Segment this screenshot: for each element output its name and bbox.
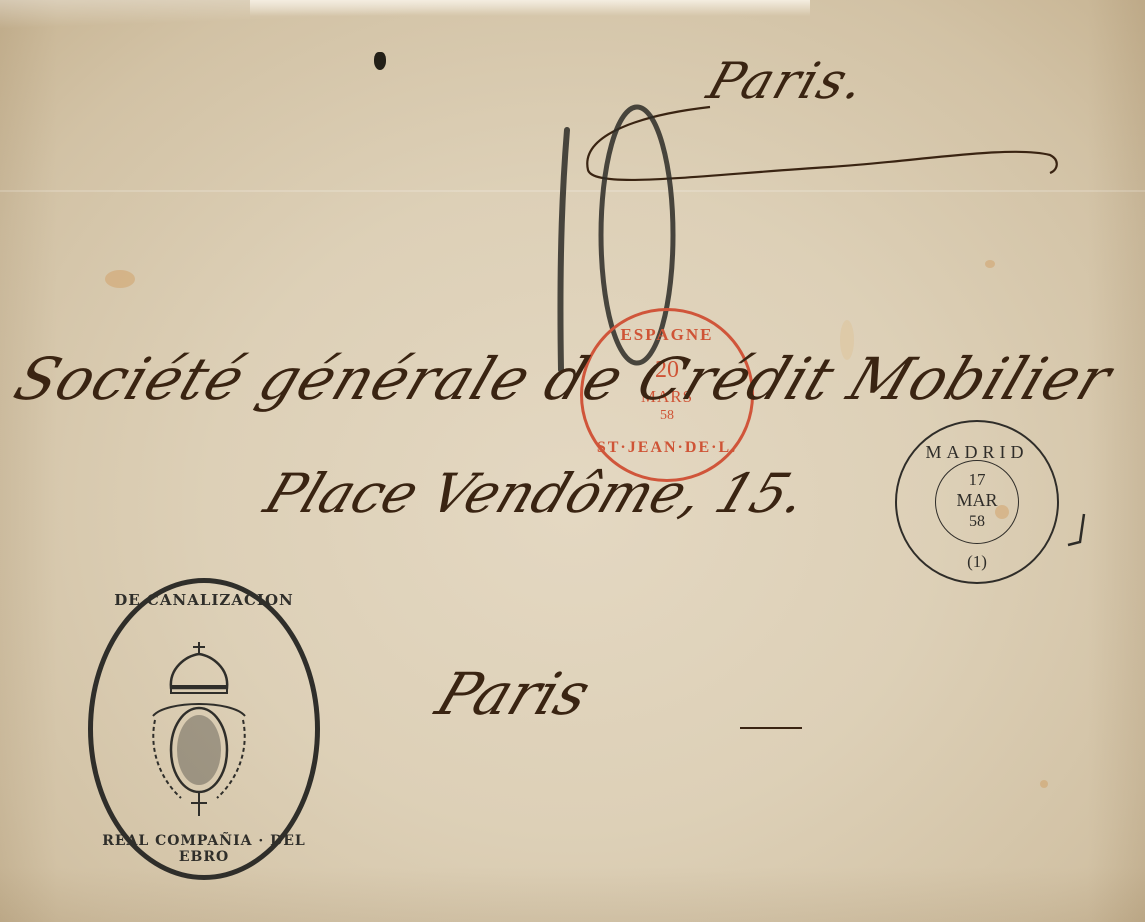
foxing-spot [105,270,135,288]
address-line-3: Paris [428,660,600,728]
postmark-day: 17 [897,470,1057,490]
postmark-ring-bottom: ST·JEAN·DE·L. [583,439,751,457]
seal-arc-bottom: REAL COMPAÑIA · DEL EBRO [93,833,315,865]
pen-tick-icon [1066,512,1088,548]
envelope-cover: Paris. ESPAGNE 20 MARS 58 ST·JEAN·DE·L. … [0,0,1145,922]
foxing-spot [1040,780,1048,788]
address-line-1: Société générale de Crédit Mobilier [6,345,1121,413]
origin-postmark-madrid: MADRID 17 MAR 58 (1) [895,420,1059,584]
postmark-month: MAR [897,490,1057,511]
seal-arc-top: DE CANALIZACION [93,591,315,609]
ink-smudge [374,52,386,70]
foxing-spot [985,260,995,268]
postmark-city: MADRID [897,442,1057,463]
postmark-year: 58 [897,513,1057,531]
underline-dash [740,727,802,729]
top-fold [250,0,810,16]
postmark-office: (1) [897,552,1057,572]
coat-of-arms-icon [141,638,257,818]
company-seal: DE CANALIZACION REAL COMPAÑIA · DEL EBRO [88,578,320,880]
address-line-2: Place Vendôme, 15. [257,462,816,525]
postmark-ring-top: ESPAGNE [583,325,751,345]
